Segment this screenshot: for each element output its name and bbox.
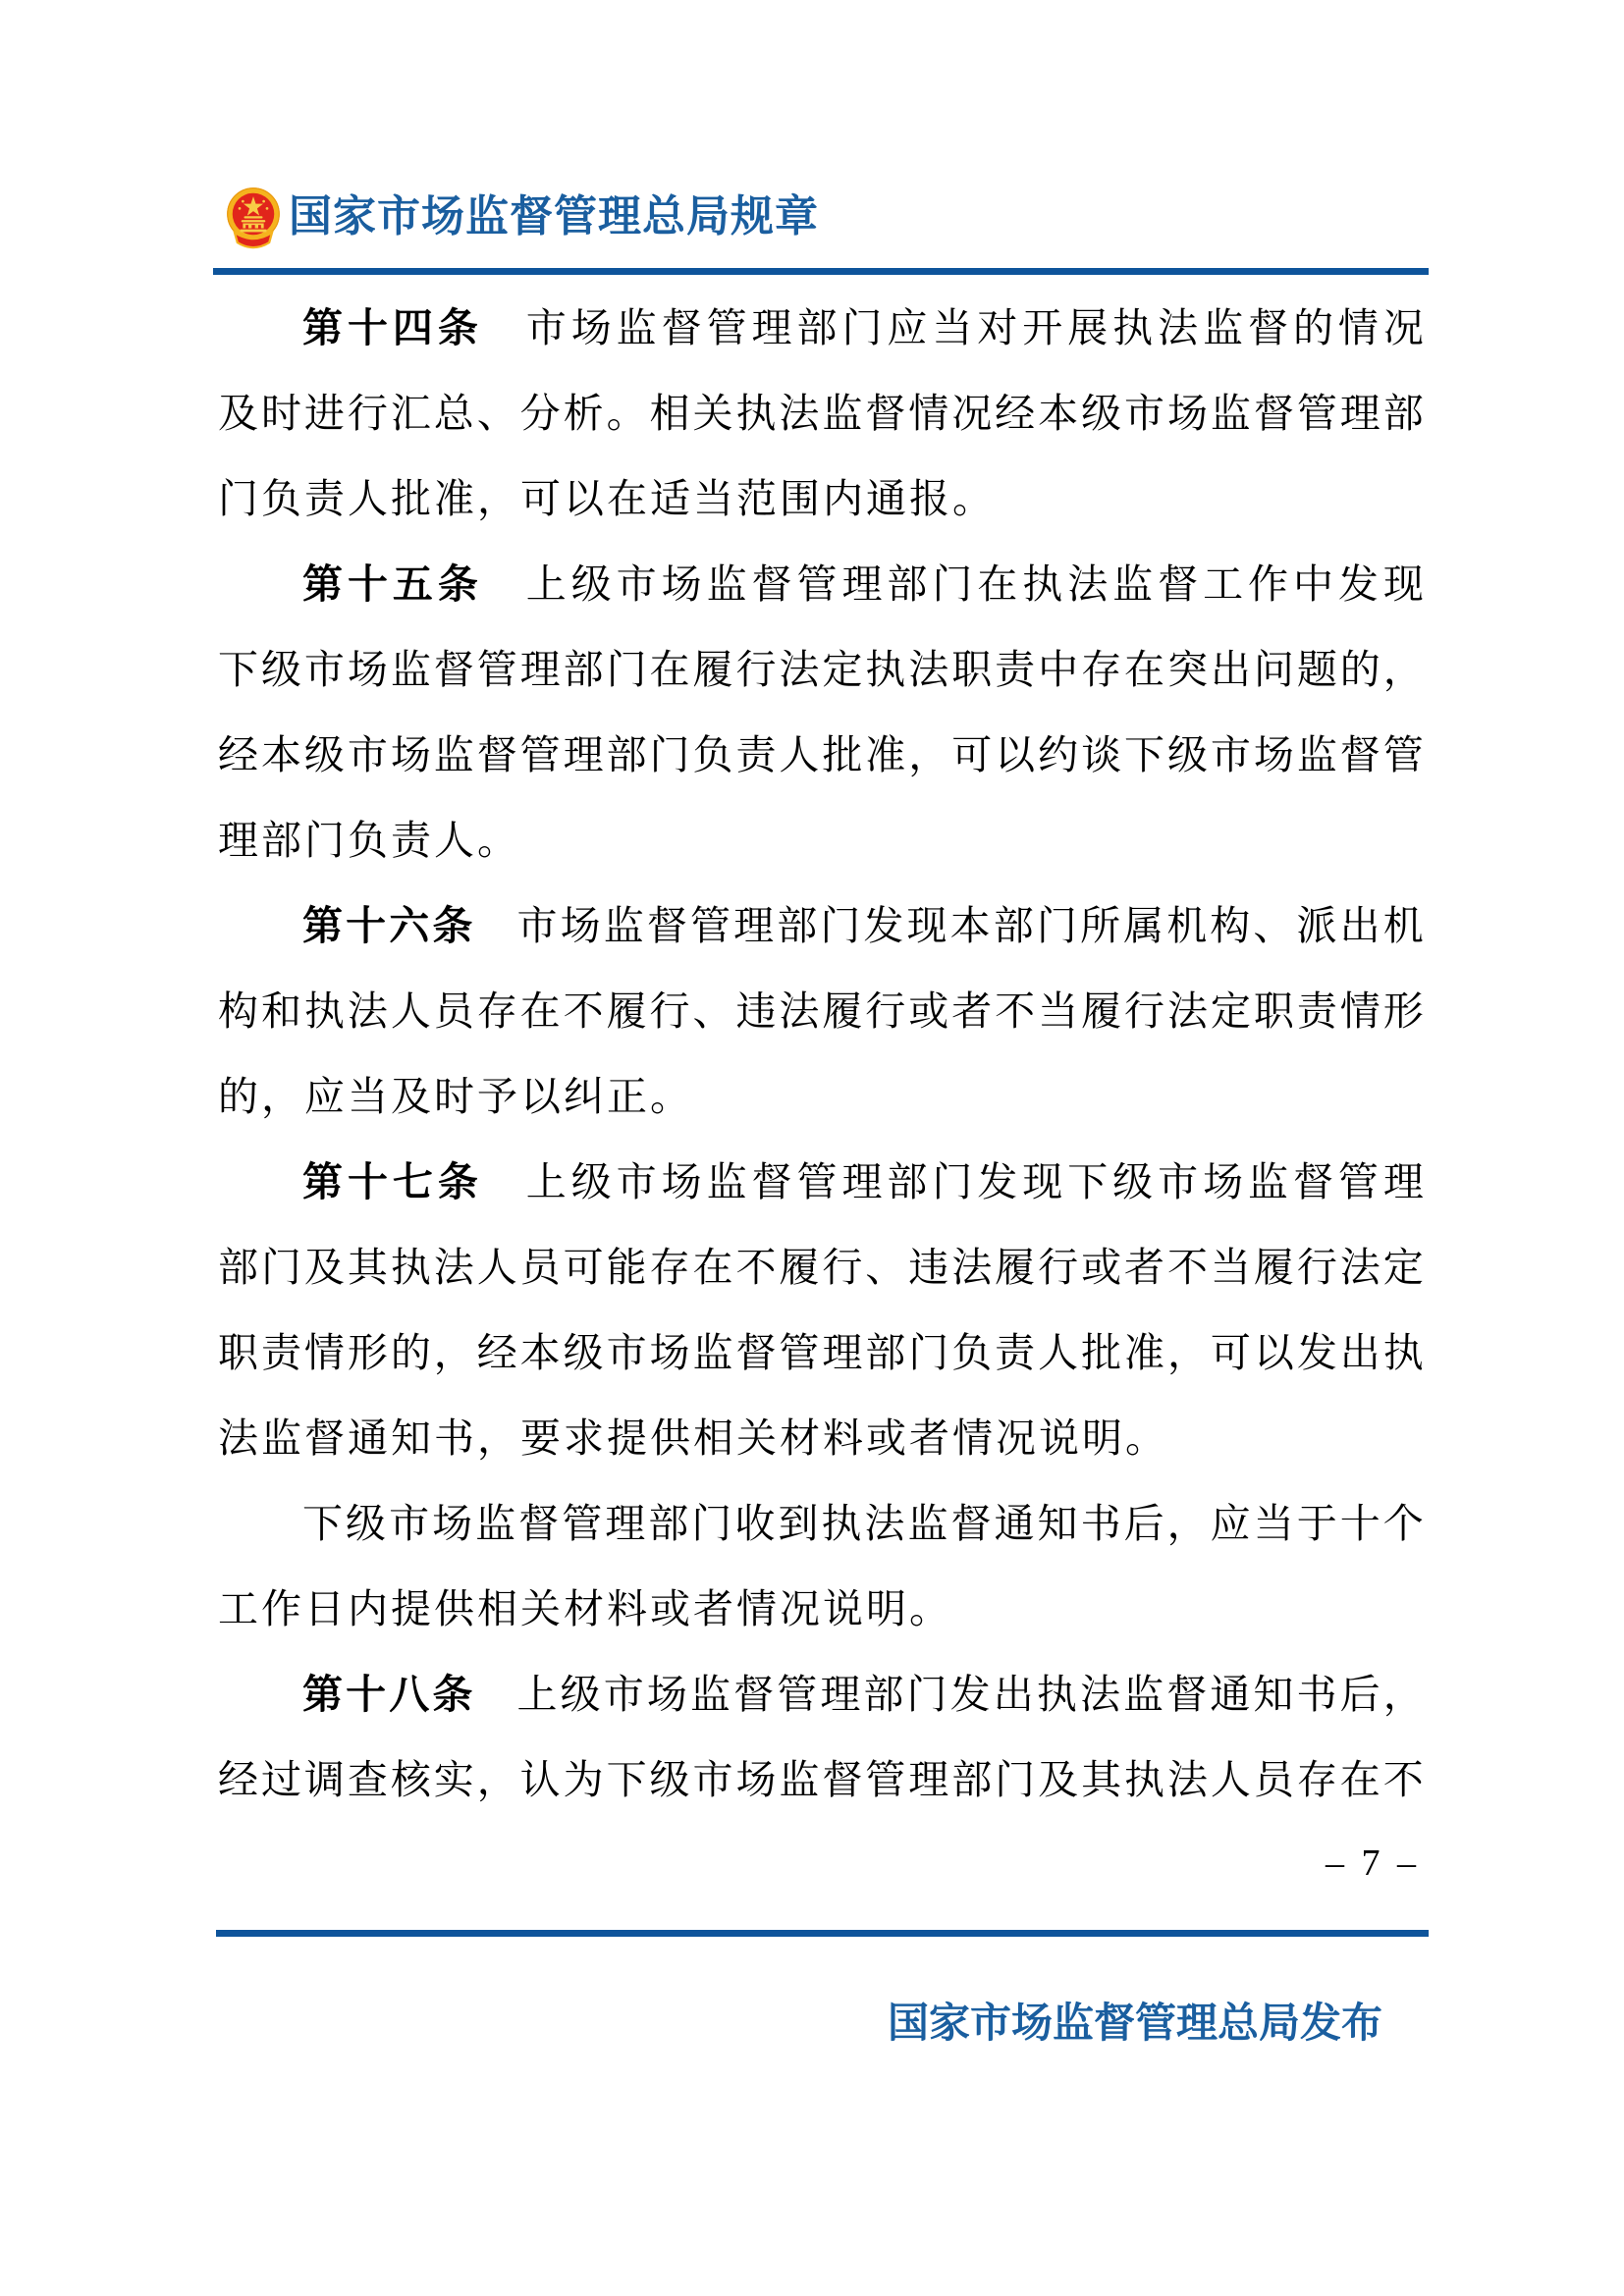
body-line: 部门及其执法人员可能存在不履行、违法履行或者不当履行法定 — [218, 1225, 1424, 1310]
publisher-label: 国家市场监督管理总局发布 — [888, 1999, 1382, 2050]
document-page: 国家市场监督管理总局规章 第十四条市场监督管理部门应当对开展执法监督的情况及时进… — [0, 0, 1624, 2296]
header-rule — [213, 268, 1429, 275]
page-number: – 7 – — [1326, 1842, 1420, 1885]
body-line: 第十四条市场监督管理部门应当对开展执法监督的情况 — [218, 286, 1424, 371]
body-line: 构和执法人员存在不履行、违法履行或者不当履行法定职责情形 — [218, 969, 1424, 1054]
body-line: 的，应当及时予以纠正。 — [218, 1054, 1424, 1140]
body-line: 经过调查核实，认为下级市场监督管理部门及其执法人员存在不 — [218, 1737, 1424, 1823]
body-line: 第十七条上级市场监督管理部门发现下级市场监督管理 — [218, 1140, 1424, 1225]
body-line: 职责情形的，经本级市场监督管理部门负责人批准，可以发出执 — [218, 1310, 1424, 1396]
document-body: 第十四条市场监督管理部门应当对开展执法监督的情况及时进行汇总、分析。相关执法监督… — [218, 286, 1424, 1823]
body-line: 经本级市场监督管理部门负责人批准，可以约谈下级市场监督管 — [218, 713, 1424, 798]
body-line: 工作日内提供相关材料或者情况说明。 — [218, 1567, 1424, 1652]
body-line: 第十八条上级市场监督管理部门发出执法监督通知书后， — [218, 1652, 1424, 1737]
body-line: 法监督通知书，要求提供相关材料或者情况说明。 — [218, 1396, 1424, 1481]
body-line: 及时进行汇总、分析。相关执法监督情况经本级市场监督管理部 — [218, 371, 1424, 456]
national-emblem-icon — [226, 187, 281, 251]
body-line: 下级市场监督管理部门收到执法监督通知书后，应当于十个 — [218, 1481, 1424, 1567]
footer-rule — [216, 1930, 1429, 1937]
body-line: 门负责人批准，可以在适当范围内通报。 — [218, 456, 1424, 542]
body-line: 理部门负责人。 — [218, 798, 1424, 883]
body-line: 第十五条上级市场监督管理部门在执法监督工作中发现 — [218, 542, 1424, 627]
document-series-title: 国家市场监督管理总局规章 — [289, 193, 819, 240]
body-line: 第十六条市场监督管理部门发现本部门所属机构、派出机 — [218, 883, 1424, 969]
body-line: 下级市场监督管理部门在履行法定执法职责中存在突出问题的， — [218, 627, 1424, 713]
